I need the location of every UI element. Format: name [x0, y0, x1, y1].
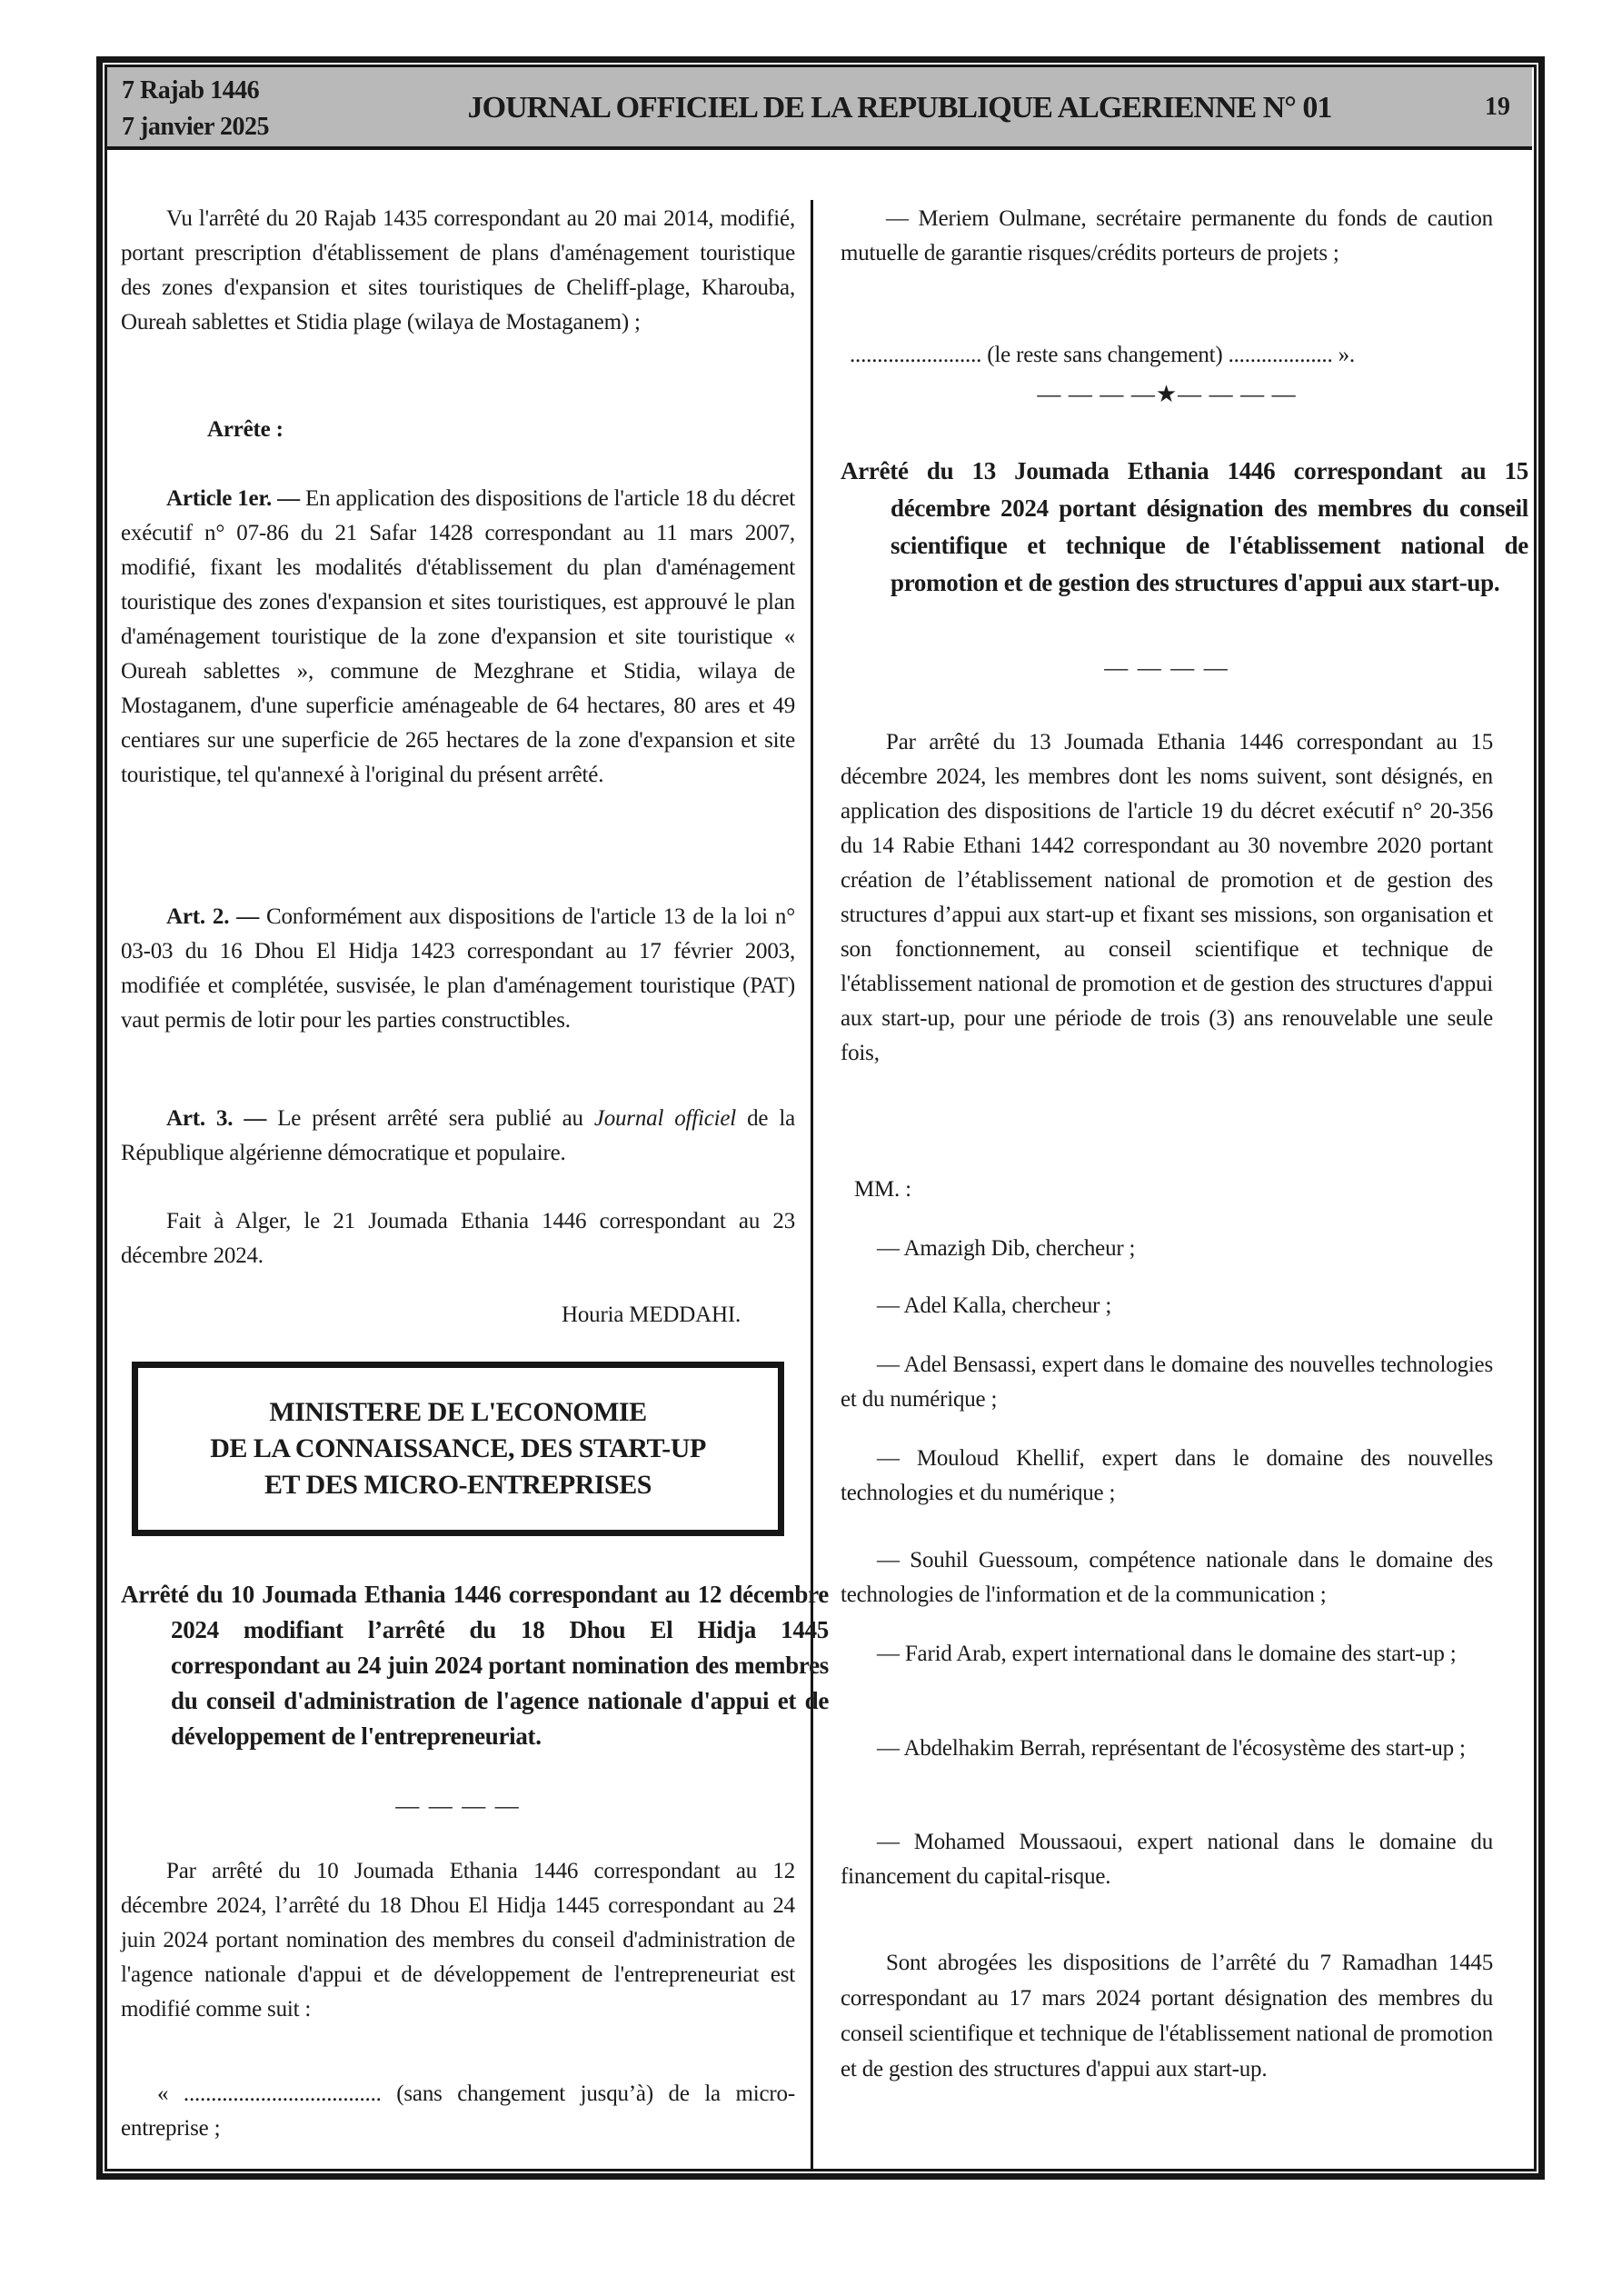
- journal-officiel-italic: Journal officiel: [594, 1106, 736, 1131]
- article-1-text: En application des dispositions de l'art…: [121, 486, 795, 787]
- header-band: 7 Rajab 1446 7 janvier 2025 JOURNAL OFFI…: [107, 67, 1532, 150]
- mm-label: MM. :: [841, 1173, 1493, 1207]
- member-item: — Mohamed Moussaoui, expert national dan…: [841, 1825, 1493, 1894]
- heading-arrete-13: Arrêté du 13 Joumada Ethania 1446 corres…: [841, 453, 1528, 602]
- paragraph-abrogation: Sont abrogées les dispositions de l’arrê…: [841, 1945, 1493, 2087]
- arrete-label: Arrête :: [121, 413, 795, 447]
- article-3-text-pre: Le présent arrêté sera publié au: [266, 1106, 594, 1131]
- article-3-label: Art. 3. —: [166, 1106, 266, 1131]
- date-hijri: 7 Rajab 1446: [122, 73, 269, 109]
- dash-separator-right: — — — —: [841, 651, 1493, 685]
- paragraph-fait-a-alger: Fait à Alger, le 21 Joumada Ethania 1446…: [121, 1204, 795, 1273]
- paragraph-article-3: Art. 3. — Le présent arrêté sera publié …: [121, 1102, 795, 1171]
- page-border-outer: 7 Rajab 1446 7 janvier 2025 JOURNAL OFFI…: [96, 56, 1545, 2180]
- star-separator: — — — —★— — — —: [841, 377, 1493, 412]
- ministry-line-2: DE LA CONNAISSANCE, DES START-UP: [138, 1431, 778, 1467]
- article-1-label: Article 1er. —: [166, 486, 300, 511]
- dash-separator-left: — — — —: [121, 1789, 795, 1823]
- member-item: — Abdelhakim Berrah, représentant de l'é…: [841, 1732, 1493, 1766]
- member-item: — Adel Bensassi, expert dans le domaine …: [841, 1348, 1493, 1417]
- column-divider: [811, 200, 813, 2169]
- paragraph-le-reste: ........................ (le reste sans …: [841, 338, 1493, 373]
- page-content: 7 Rajab 1446 7 janvier 2025 JOURNAL OFFI…: [107, 67, 1532, 2169]
- page-number: 19: [1485, 93, 1510, 122]
- paragraph-meriem: — Meriem Oulmane, secrétaire permanente …: [841, 202, 1493, 271]
- member-item: — Farid Arab, expert international dans …: [841, 1637, 1493, 1672]
- paragraph-par-arrete-10: Par arrêté du 10 Joumada Ethania 1446 co…: [121, 1854, 795, 2027]
- heading-arrete-10: Arrêté du 10 Joumada Ethania 1446 corres…: [121, 1577, 829, 1754]
- paragraph-par-arrete-13: Par arrêté du 13 Joumada Ethania 1446 co…: [841, 725, 1493, 1071]
- paragraph-sans-changement: « .................................... (…: [121, 2077, 795, 2146]
- paragraph-article-2: Art. 2. — Conformément aux dispositions …: [121, 900, 795, 1038]
- journal-title: JOURNAL OFFICIEL DE LA REPUBLIQUE ALGERI…: [468, 91, 1332, 125]
- member-item: — Mouloud Khellif, expert dans le domain…: [841, 1442, 1493, 1511]
- date-gregorian: 7 janvier 2025: [122, 109, 269, 145]
- paragraph-article-1: Article 1er. — En application des dispos…: [121, 482, 795, 793]
- member-item: — Adel Kalla, chercheur ;: [841, 1289, 1493, 1323]
- header-dates: 7 Rajab 1446 7 janvier 2025: [122, 73, 269, 145]
- ministry-line-3: ET DES MICRO-ENTREPRISES: [138, 1467, 778, 1503]
- ministry-line-1: MINISTERE DE L'ECONOMIE: [138, 1394, 778, 1431]
- signature: Houria MEDDAHI.: [121, 1298, 795, 1333]
- journal-page: { "header": { "date_hijri": "7 Rajab 144…: [0, 0, 1622, 2296]
- member-item: — Souhil Guessoum, compétence nationale …: [841, 1543, 1493, 1612]
- ministry-box: MINISTERE DE L'ECONOMIE DE LA CONNAISSAN…: [132, 1362, 784, 1536]
- member-item: — Amazigh Dib, chercheur ;: [841, 1232, 1493, 1266]
- page-border-inner: 7 Rajab 1446 7 janvier 2025 JOURNAL OFFI…: [104, 65, 1537, 2171]
- article-2-label: Art. 2. —: [166, 904, 259, 929]
- paragraph-vu-arrete: Vu l'arrêté du 20 Rajab 1435 corresponda…: [121, 202, 795, 340]
